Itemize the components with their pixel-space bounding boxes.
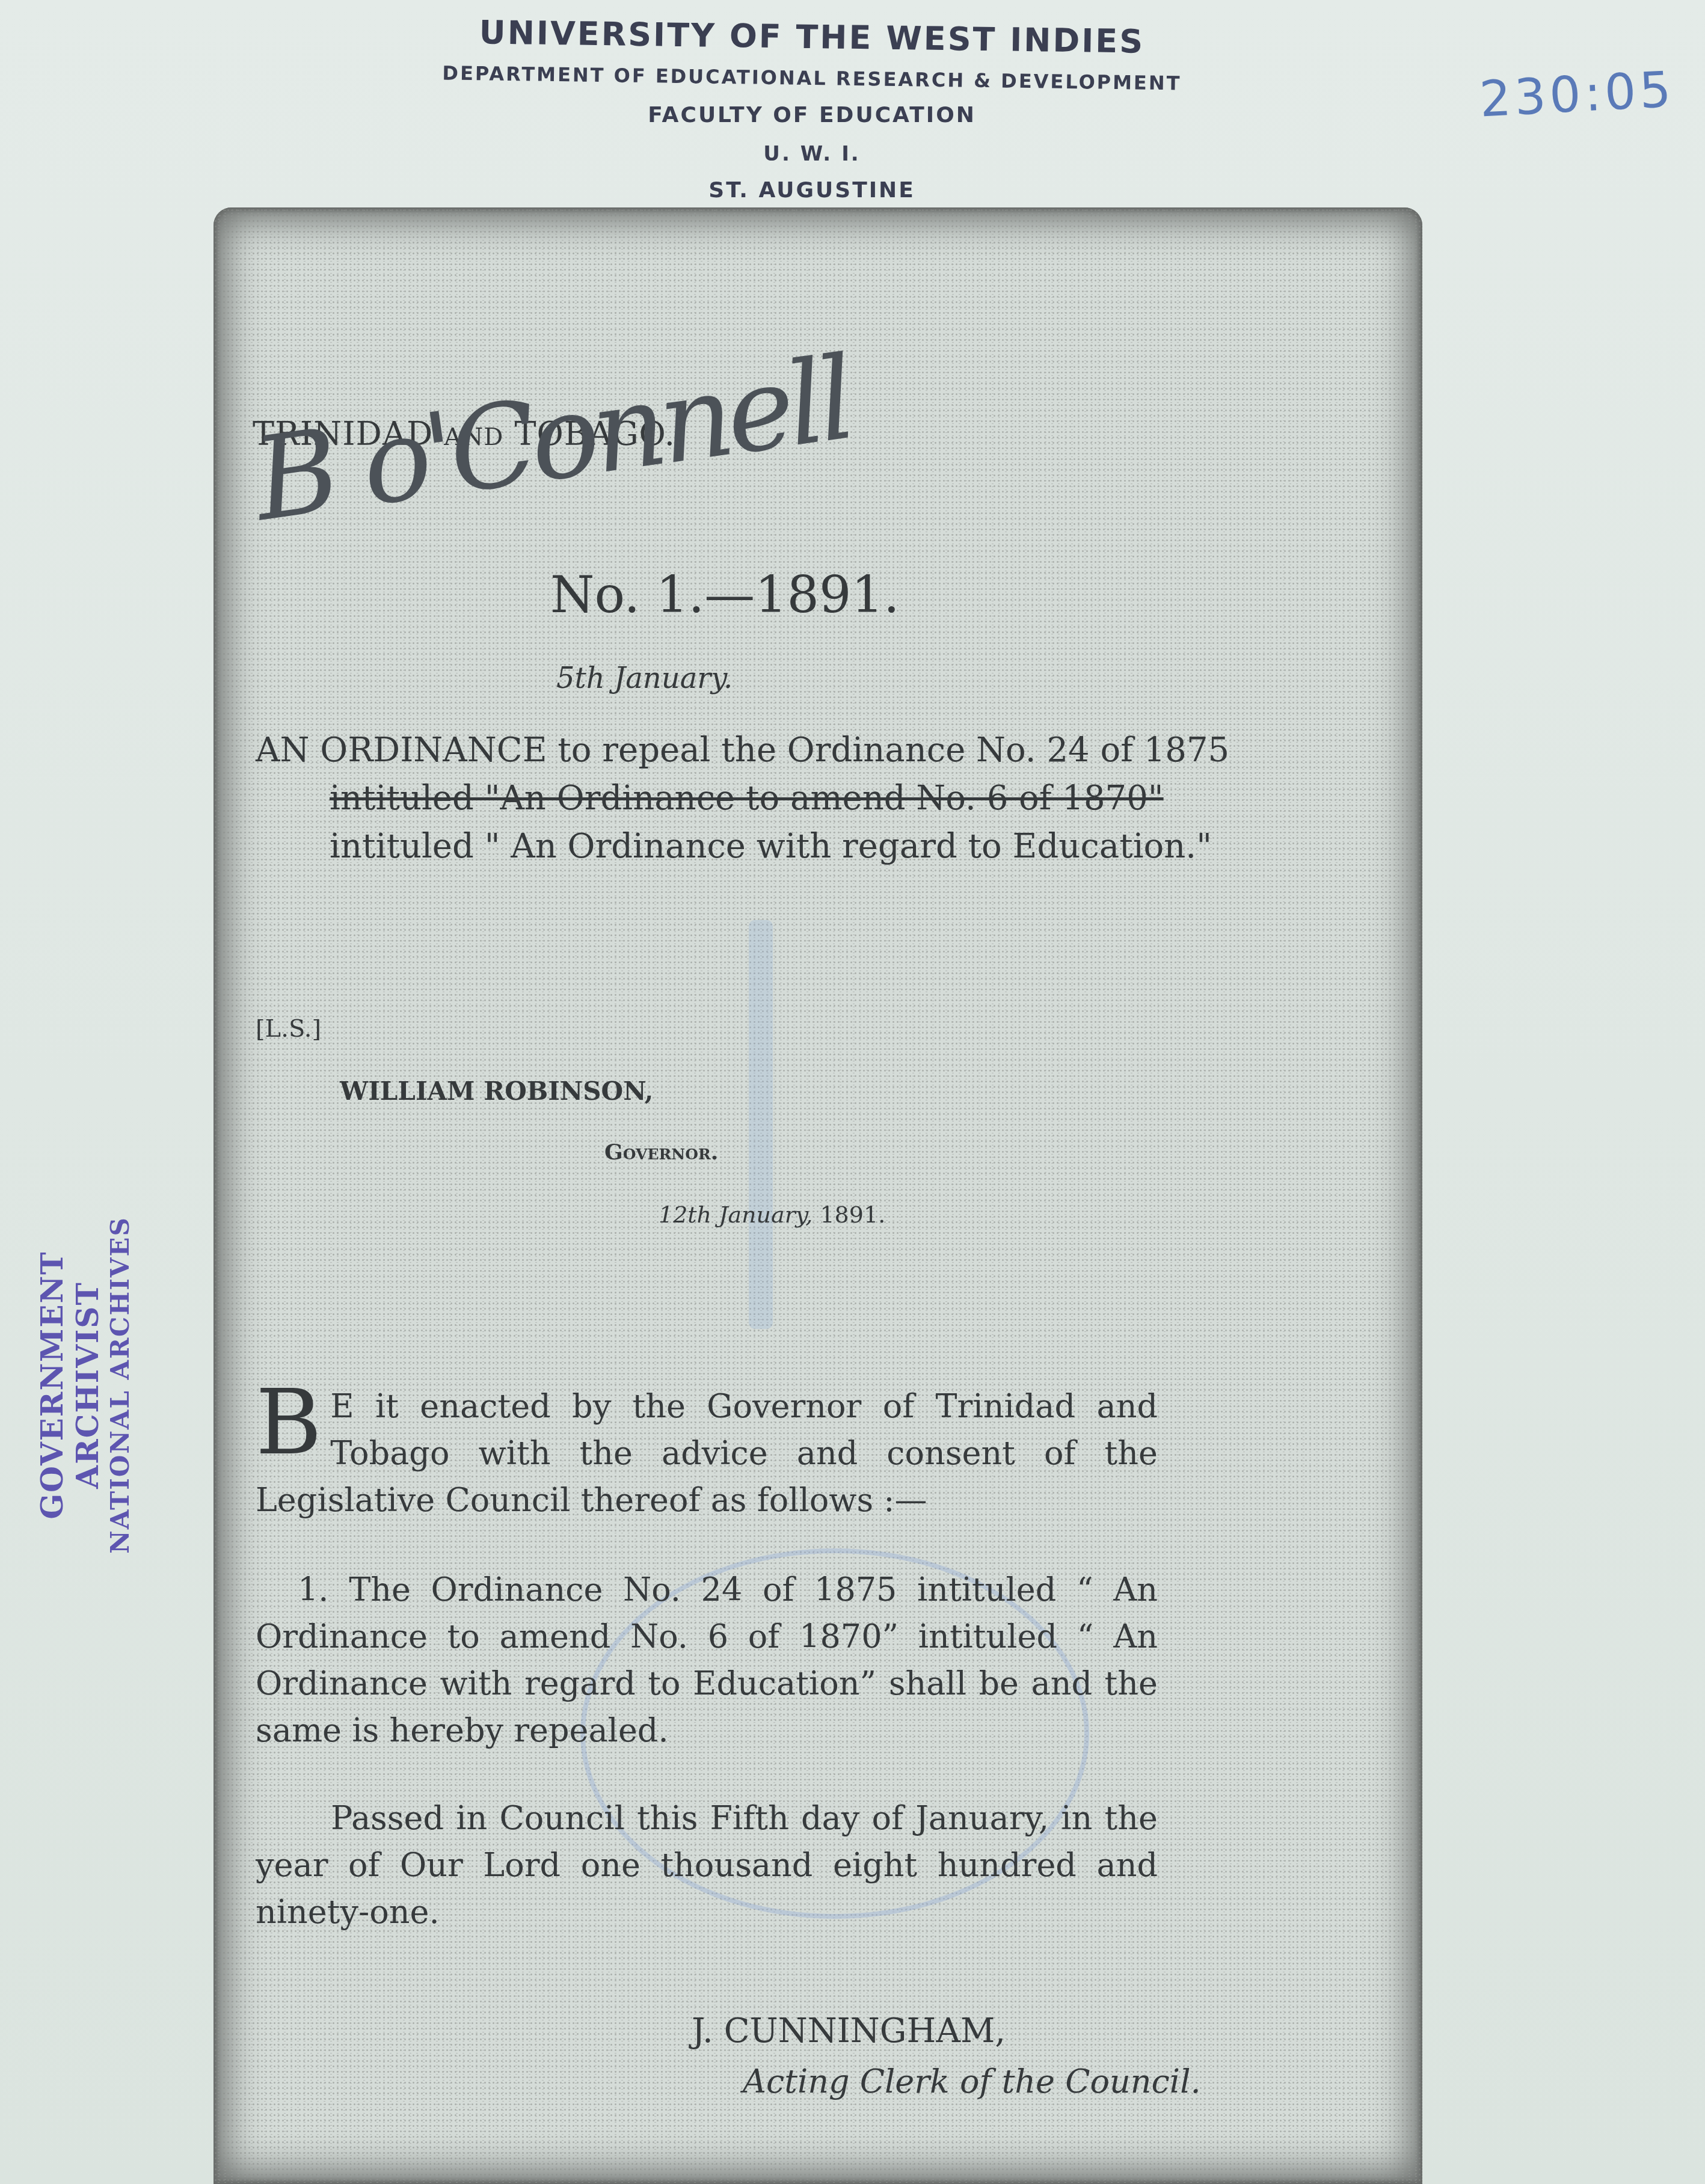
- assent-date: 12th January, 1891.: [659, 1201, 885, 1228]
- stamp-location: ST. AUGUSTINE: [421, 178, 1203, 203]
- clerk-name: J. CUNNINGHAM,: [692, 2011, 1006, 2051]
- ordinance-title-line3: intituled " An Ordinance with regard to …: [330, 827, 1212, 866]
- stamp-uwi: U. W. I.: [421, 142, 1203, 166]
- passed-date: 5th January.: [556, 661, 733, 695]
- stamp-university: UNIVERSITY OF THE WEST INDIES: [421, 13, 1203, 61]
- ordinance-title-line1: AN ORDINANCE to repeal the Ordinance No.…: [256, 731, 1229, 770]
- section-1: 1. The Ordinance No. 24 of 1875 intitule…: [256, 1566, 1158, 1754]
- reference-number: 230:05: [1478, 61, 1676, 129]
- stamp-faculty: FACULTY OF EDUCATION: [421, 103, 1203, 127]
- archive-stamp-line1: GOVERNMENT ARCHIVIST: [34, 1175, 105, 1596]
- archive-stamp: GOVERNMENT ARCHIVIST NATIONAL ARCHIVES: [34, 1175, 135, 1596]
- assent-year: 1891.: [813, 1201, 885, 1228]
- assent-day: 12th January,: [659, 1201, 813, 1228]
- ordinance-number: No. 1.—1891.: [550, 565, 900, 624]
- ink-mark: [749, 920, 773, 1329]
- drop-cap: B: [256, 1387, 322, 1459]
- clerk-title: Acting Clerk of the Council.: [743, 2063, 1201, 2100]
- stamp-department: DEPARTMENT OF EDUCATIONAL RESEARCH & DEV…: [421, 61, 1203, 95]
- governor-name: WILLIAM ROBINSON,: [340, 1076, 654, 1106]
- seal-mark: [L.S.]: [256, 1015, 321, 1043]
- passed-in-council: Passed in Council this Fifth day of Janu…: [256, 1795, 1158, 1936]
- ordinance-title-line2: intituled "An Ordinance to amend No. 6 o…: [330, 779, 1164, 818]
- university-stamp: UNIVERSITY OF THE WEST INDIES DEPARTMENT…: [421, 18, 1203, 203]
- governor-title: Governor.: [604, 1140, 718, 1165]
- enacting-text: E it enacted by the Governor of Trinidad…: [256, 1387, 1158, 1519]
- enacting-clause: BE it enacted by the Governor of Trinida…: [256, 1383, 1158, 1524]
- archive-stamp-line2: NATIONAL ARCHIVES: [105, 1175, 135, 1596]
